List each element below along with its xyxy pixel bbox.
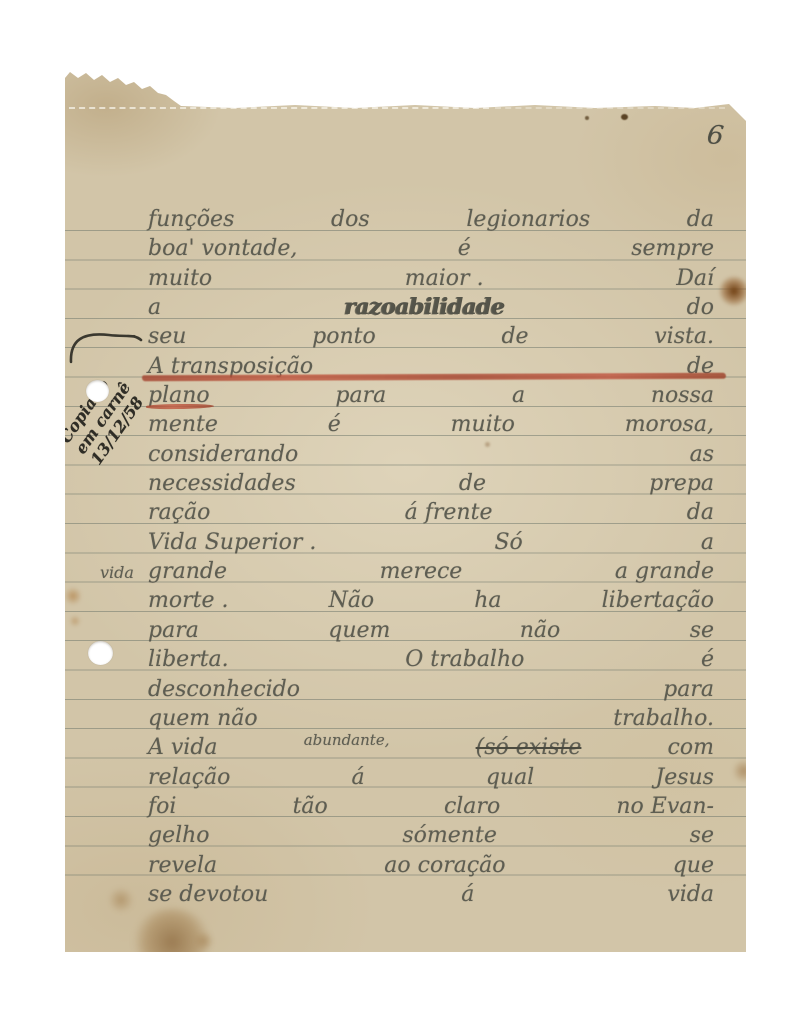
handwritten-words: gelho	[148, 821, 210, 850]
handwritten-words: O trabalho	[405, 645, 524, 674]
manuscript-line: menteémuitomorosa,	[148, 410, 714, 439]
handwritten-words: morte .	[148, 586, 228, 615]
handwritten-words: plano	[148, 381, 210, 410]
margin-inserted-word: vida	[100, 558, 134, 587]
handwritten-words: para	[663, 675, 714, 704]
manuscript-line: A vidaabundante,(só existecom	[148, 733, 714, 762]
handwritten-words: para	[148, 616, 199, 645]
manuscript-line: considerandoas	[148, 440, 714, 469]
manuscript-line: raçãoá frenteda	[148, 498, 714, 527]
manuscript-line: Vida Superior .Sóa	[148, 528, 714, 557]
handwritten-words: as	[690, 440, 714, 469]
manuscript-line: funçõesdoslegionariosda	[148, 205, 714, 234]
handwritten-words: libertação	[602, 586, 714, 615]
handwritten-words: se	[690, 616, 714, 645]
stain	[69, 615, 81, 627]
handwritten-words: ponto	[312, 322, 376, 351]
handwritten-words: nossa	[651, 381, 714, 410]
handwritten-words: (só existe	[476, 733, 582, 762]
handwritten-words: a	[148, 293, 161, 322]
handwritten-words: Daí	[676, 264, 714, 293]
paper-sheet: 6 Copiado em carnê 13/12/58 funçõesdosle…	[65, 70, 746, 952]
manuscript-line: vidagrandemerecea grande	[148, 557, 714, 586]
torn-perforation-edge	[69, 107, 489, 109]
manuscript-line: necessidadesdeprepa	[148, 469, 714, 498]
handwritten-words: da	[687, 498, 714, 527]
manuscript-line: se devotouávida	[148, 880, 714, 909]
handwritten-words: relação	[148, 763, 230, 792]
handwritten-words: se	[690, 821, 714, 850]
handwritten-words: trabalho.	[613, 704, 714, 733]
stain	[133, 908, 211, 976]
handwritten-words: muito	[148, 264, 212, 293]
manuscript-line: seupontodevista.	[148, 322, 714, 351]
manuscript-line: paraquemnãose	[148, 616, 714, 645]
handwritten-words: ha	[474, 586, 501, 615]
manuscript-line: morte .Nãohalibertação	[148, 586, 714, 615]
handwritten-words: liberta.	[148, 645, 229, 674]
manuscript-text: funçõesdoslegionariosdaboa' vontade,ésem…	[148, 205, 714, 909]
manuscript-line: gelhosómentese	[148, 821, 714, 850]
manuscript-line: A transposiçãode	[148, 352, 714, 381]
handwritten-words: que	[673, 851, 714, 880]
handwritten-words: da	[687, 205, 714, 234]
handwritten-words: claro	[444, 792, 500, 821]
handwritten-words: á	[461, 880, 474, 909]
handwritten-words: razoabilidade	[344, 293, 504, 322]
handwritten-words: mente	[148, 410, 218, 439]
handwritten-words: vida	[667, 880, 714, 909]
hole-punch-top	[86, 380, 109, 402]
handwritten-words: Jesus	[655, 763, 714, 792]
manuscript-line: liberta.O trabalhoé	[148, 645, 714, 674]
handwritten-words: se devotou	[148, 880, 268, 909]
handwritten-words: boa' vontade,	[148, 234, 297, 263]
handwritten-words: á	[352, 763, 365, 792]
stain	[719, 276, 749, 306]
page-number: 6	[706, 120, 749, 154]
handwritten-words: muito	[451, 410, 515, 439]
handwritten-words: prepa	[649, 469, 714, 498]
manuscript-line: foitãoclarono Evan-	[148, 792, 714, 821]
handwritten-words: sempre	[631, 234, 714, 263]
handwritten-words: funções	[148, 205, 234, 234]
handwritten-words: do	[687, 293, 714, 322]
handwritten-words: revela	[148, 851, 217, 880]
handwritten-words: quem	[328, 616, 390, 645]
handwritten-words: de	[501, 322, 528, 351]
handwritten-words: A vida	[148, 733, 218, 762]
hole-punch-bottom	[88, 641, 113, 665]
handwritten-words: Só	[494, 528, 522, 557]
handwritten-words: ração	[148, 498, 210, 527]
manuscript-line: muitomaior .Daí	[148, 264, 714, 293]
handwritten-words: para	[335, 381, 386, 410]
handwritten-words: desconhecido	[148, 675, 300, 704]
handwritten-words: a grande	[615, 557, 714, 586]
handwritten-words: quem não	[148, 704, 258, 733]
manuscript-line: desconhecidopara	[148, 675, 714, 704]
handwritten-words: morosa,	[625, 410, 714, 439]
handwritten-words: grande	[148, 557, 227, 586]
manuscript-line: quem nãotrabalho.	[148, 704, 714, 733]
handwritten-words: necessidades	[148, 469, 296, 498]
stain	[621, 114, 628, 120]
handwritten-words: merece	[380, 557, 463, 586]
handwritten-words: dos	[331, 205, 370, 234]
handwritten-words: sómente	[402, 821, 496, 850]
handwritten-words: maior .	[405, 264, 484, 293]
handwritten-words: á frente	[405, 498, 493, 527]
manuscript-line: revelaao coraçãoque	[148, 851, 714, 880]
handwritten-words: seu	[148, 322, 186, 351]
torn-perforation-edge	[495, 107, 725, 109]
stain	[193, 932, 215, 950]
manuscript-line: planoparaanossa	[148, 381, 714, 410]
manuscript-line: boa' vontade,ésempre	[148, 234, 714, 263]
handwritten-words: a	[701, 528, 714, 557]
handwritten-words: considerando	[148, 440, 298, 469]
handwritten-words: é	[701, 645, 714, 674]
handwritten-words: ao coração	[384, 851, 505, 880]
red-pencil-underline	[142, 373, 726, 382]
handwritten-words: é	[458, 234, 471, 263]
handwritten-words: Vida Superior .	[148, 528, 316, 557]
handwritten-words: a	[512, 381, 525, 410]
handwritten-words: foi	[148, 792, 176, 821]
stain	[107, 888, 135, 912]
handwritten-words: não	[520, 616, 561, 645]
manuscript-line: arazoabilidadedo	[148, 293, 714, 322]
handwritten-words: abundante,	[304, 726, 390, 755]
handwritten-words: vista.	[654, 322, 714, 351]
scanned-page: 6 Copiado em carnê 13/12/58 funçõesdosle…	[0, 0, 808, 1024]
handwritten-words: de	[459, 469, 486, 498]
handwritten-words: qual	[486, 763, 534, 792]
stain	[733, 758, 755, 784]
stain	[585, 116, 589, 120]
handwritten-words: com	[668, 733, 714, 762]
handwritten-words: Não	[329, 586, 375, 615]
handwritten-words: é	[328, 410, 341, 439]
stain	[65, 586, 81, 606]
handwritten-words: tão	[293, 792, 328, 821]
handwritten-words: no Evan-	[616, 792, 714, 821]
manuscript-line: relaçãoáqualJesus	[148, 763, 714, 792]
handwritten-words: legionarios	[466, 205, 590, 234]
